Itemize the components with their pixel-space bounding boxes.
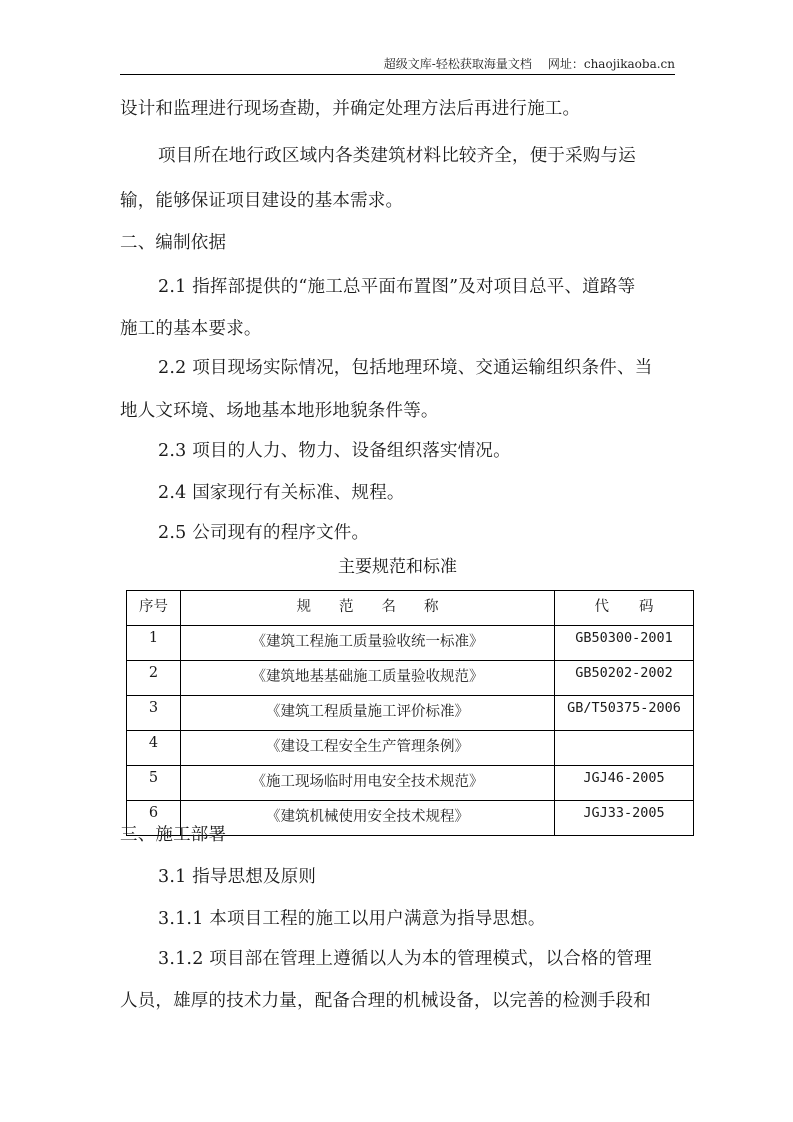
section-heading: 三、施工部署	[120, 824, 226, 846]
paragraph-line: 施工的基本要求。	[120, 318, 262, 340]
row-code	[555, 731, 694, 766]
table-header-row: 序号 规范名称 代码	[127, 591, 694, 626]
table-row: 1 《建筑工程施工质量验收统一标准》 GB50300-2001	[127, 626, 694, 661]
table-title: 主要规范和标准	[120, 556, 675, 578]
header-website: chaojikaoba.cn	[584, 57, 675, 71]
row-no: 1	[127, 626, 181, 661]
row-name: 《建设工程安全生产管理条例》	[181, 731, 555, 766]
paragraph-line: 2.2 项目现场实际情况，包括地理环境、交通运输组织条件、当	[158, 357, 652, 379]
header-library-name: 超级文库-轻松获取海量文档	[384, 57, 532, 71]
row-no: 2	[127, 661, 181, 696]
standards-table: 序号 规范名称 代码 1 《建筑工程施工质量验收统一标准》 GB50300-20…	[126, 590, 694, 836]
paragraph-line: 2.5 公司现有的程序文件。	[158, 522, 369, 544]
section-heading: 二、编制依据	[120, 232, 226, 254]
row-name: 《建筑机械使用安全技术规程》	[181, 801, 555, 836]
paragraph-line: 2.4 国家现行有关标准、规程。	[158, 482, 405, 504]
row-name: 《建筑地基基础施工质量验收规范》	[181, 661, 555, 696]
subsection-heading: 3.1 指导思想及原则	[158, 866, 316, 888]
header-no: 序号	[127, 591, 181, 626]
table-row: 3 《建筑工程质量施工评价标准》 GB/T50375-2006	[127, 696, 694, 731]
row-code: GB50300-2001	[555, 626, 694, 661]
row-name: 《建筑工程施工质量验收统一标准》	[181, 626, 555, 661]
row-code: JGJ46-2005	[555, 766, 694, 801]
row-code: GB/T50375-2006	[555, 696, 694, 731]
row-no: 3	[127, 696, 181, 731]
row-no: 4	[127, 731, 181, 766]
table-row: 5 《施工现场临时用电安全技术规范》 JGJ46-2005	[127, 766, 694, 801]
paragraph-line: 人员，雄厚的技术力量，配备合理的机械设备，以完善的检测手段和	[120, 990, 651, 1012]
row-no: 5	[127, 766, 181, 801]
paragraph-line: 3.1.1 本项目工程的施工以用户满意为指导思想。	[158, 908, 546, 930]
paragraph-line: 3.1.2 项目部在管理上遵循以人为本的管理模式，以合格的管理	[158, 948, 652, 970]
page-header: 超级文库-轻松获取海量文档网址：chaojikaoba.cn	[120, 56, 675, 75]
header-website-label: 网址：	[548, 57, 584, 71]
paragraph-line: 2.1 指挥部提供的“施工总平面布置图”及对项目总平、道路等	[158, 276, 635, 298]
table-row: 4 《建设工程安全生产管理条例》	[127, 731, 694, 766]
row-name: 《施工现场临时用电安全技术规范》	[181, 766, 555, 801]
paragraph-line: 输，能够保证项目建设的基本需求。	[120, 190, 403, 212]
paragraph-line: 2.3 项目的人力、物力、设备组织落实情况。	[158, 440, 511, 462]
paragraph-line: 项目所在地行政区域内各类建筑材料比较齐全，便于采购与运	[158, 145, 636, 167]
paragraph-line: 设计和监理进行现场查勘，并确定处理方法后再进行施工。	[120, 98, 580, 120]
header-code: 代码	[555, 591, 694, 626]
table-row: 2 《建筑地基基础施工质量验收规范》 GB50202-2002	[127, 661, 694, 696]
row-code: GB50202-2002	[555, 661, 694, 696]
row-name: 《建筑工程质量施工评价标准》	[181, 696, 555, 731]
row-code: JGJ33-2005	[555, 801, 694, 836]
paragraph-line: 地人文环境、场地基本地形地貌条件等。	[120, 400, 439, 422]
header-name: 规范名称	[181, 591, 555, 626]
